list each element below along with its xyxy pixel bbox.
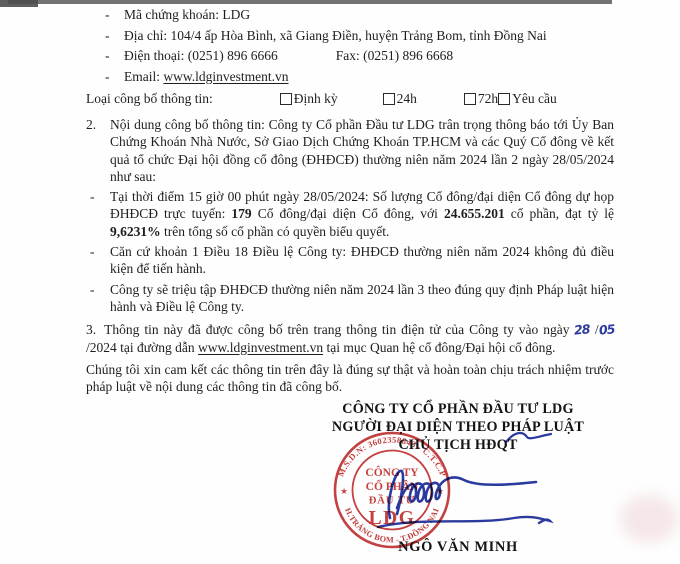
bullet-dash: - [90,188,110,240]
bullet-dash: - [105,5,124,26]
option-dinh-ky: Định kỳ [280,89,338,109]
section-number: 3. [86,322,96,337]
website-link[interactable]: www.ldginvestment.vn [198,340,323,355]
document-body: - Mã chứng khoán: LDG - Địa chỉ: 104/4 ấ… [0,5,680,395]
shareholder-count: 179 [231,206,251,221]
list-item-ticker: - Mã chứng khoán: LDG [105,5,614,26]
text-segment: cổ phần, đạt tỷ lệ [505,206,614,221]
email-label: Email: [124,67,160,88]
ratio-percent: 9,6231% [110,224,161,239]
option-label: 24h [397,89,417,109]
list-item-address: - Địa chỉ: 104/4 ấp Hòa Bình, xã Giang Đ… [105,26,614,47]
website-link[interactable]: www.ldginvestment.vn [163,67,288,88]
checkbox-24h[interactable] [383,93,395,105]
signature-pen-tick [503,428,555,446]
bullet-attendance: - Tại thời điểm 15 giờ 00 phút ngày 28/0… [90,188,614,240]
disclosure-type-row: Loại công bố thông tin: Định kỳ 24h 72h … [86,89,614,109]
company-info-list: - Mã chứng khoán: LDG - Địa chỉ: 104/4 ấ… [105,5,614,87]
option-label: Yêu cầu [512,89,557,109]
address-text: Địa chỉ: 104/4 ấp Hòa Bình, xã Giang Điề… [124,26,547,47]
bullet-dash: - [90,281,110,316]
handwritten-day: 28 [574,321,591,340]
commitment-paragraph: Chúng tôi xin cam kết các thông tin trên… [86,361,614,396]
option-label: 72h [478,89,498,109]
option-label: Định kỳ [294,89,338,109]
list-item-email: - Email: www.ldginvestment.vn [105,67,614,88]
bullet-dash: - [105,26,124,47]
text-segment: Cổ đông/đại diện Cổ đông, với [252,206,444,221]
checkbox-72h[interactable] [464,93,476,105]
ticker-text: Mã chứng khoán: LDG [124,5,250,26]
section-3: 3.Thông tin này đã được công bố trên tra… [86,321,614,356]
share-count: 24.655.201 [444,206,505,221]
checkbox-yeu-cau[interactable] [498,93,510,105]
bullet-condition: - Căn cứ khoản 1 Điều 18 Điều lệ Công ty… [90,243,614,278]
option-72h: 72h [464,89,498,109]
option-yeu-cau: Yêu cầu [498,89,557,109]
list-item-phone-fax: - Điện thoại: (0251) 896 6666 Fax: (0251… [105,46,614,67]
bullet-reconvene: - Công ty sẽ triệu tập ĐHĐCĐ thường niên… [90,281,614,316]
bullet-dash: - [90,243,110,278]
bullet-reconvene-text: Công ty sẽ triệu tập ĐHĐCĐ thường niên n… [110,281,614,316]
bullet-dash: - [105,46,124,67]
checkbox-dinh-ky[interactable] [280,93,292,105]
signature-company-name: CÔNG TY CỔ PHẦN ĐẦU TƯ LDG [288,401,628,418]
disclosure-type-label: Loại công bố thông tin: [86,89,213,109]
text-segment: / [590,322,599,337]
fax-text: Fax: (0251) 896 6668 [336,46,453,67]
phone-text: Điện thoại: (0251) 896 6666 [124,46,278,67]
signature-underline-stroke [374,511,556,531]
scan-artifact-top-bar [8,0,612,4]
seal-star-left-icon: ★ [340,486,348,496]
text-segment: tại mục Quan hệ cổ đông/Đại hội cổ đông. [323,340,555,355]
bullet-dash: - [105,67,124,88]
scan-artifact-smudge [620,495,678,543]
section-2-text: Nội dung công bố thông tin: Công ty Cổ p… [110,116,614,185]
handwritten-month: 05 [598,321,615,340]
option-24h: 24h [383,89,417,109]
section-2: 2. Nội dung công bố thông tin: Công ty C… [86,116,614,185]
scanned-document-page: - Mã chứng khoán: LDG - Địa chỉ: 104/4 ấ… [0,0,680,564]
signer-name: NGÔ VĂN MINH [288,539,628,556]
section-number: 2. [86,116,110,185]
text-segment: /2024 tại đường dẫn [86,340,198,355]
bullet-attendance-text: Tại thời điểm 15 giờ 00 phút ngày 28/05/… [110,188,614,240]
text-segment: Thông tin này đã được công bố trên trang… [104,322,574,337]
text-segment: trên tổng số cổ phần có quyền biểu quyết… [161,224,390,239]
bullet-condition-text: Căn cứ khoản 1 Điều 18 Điều lệ Công ty: … [110,243,614,278]
